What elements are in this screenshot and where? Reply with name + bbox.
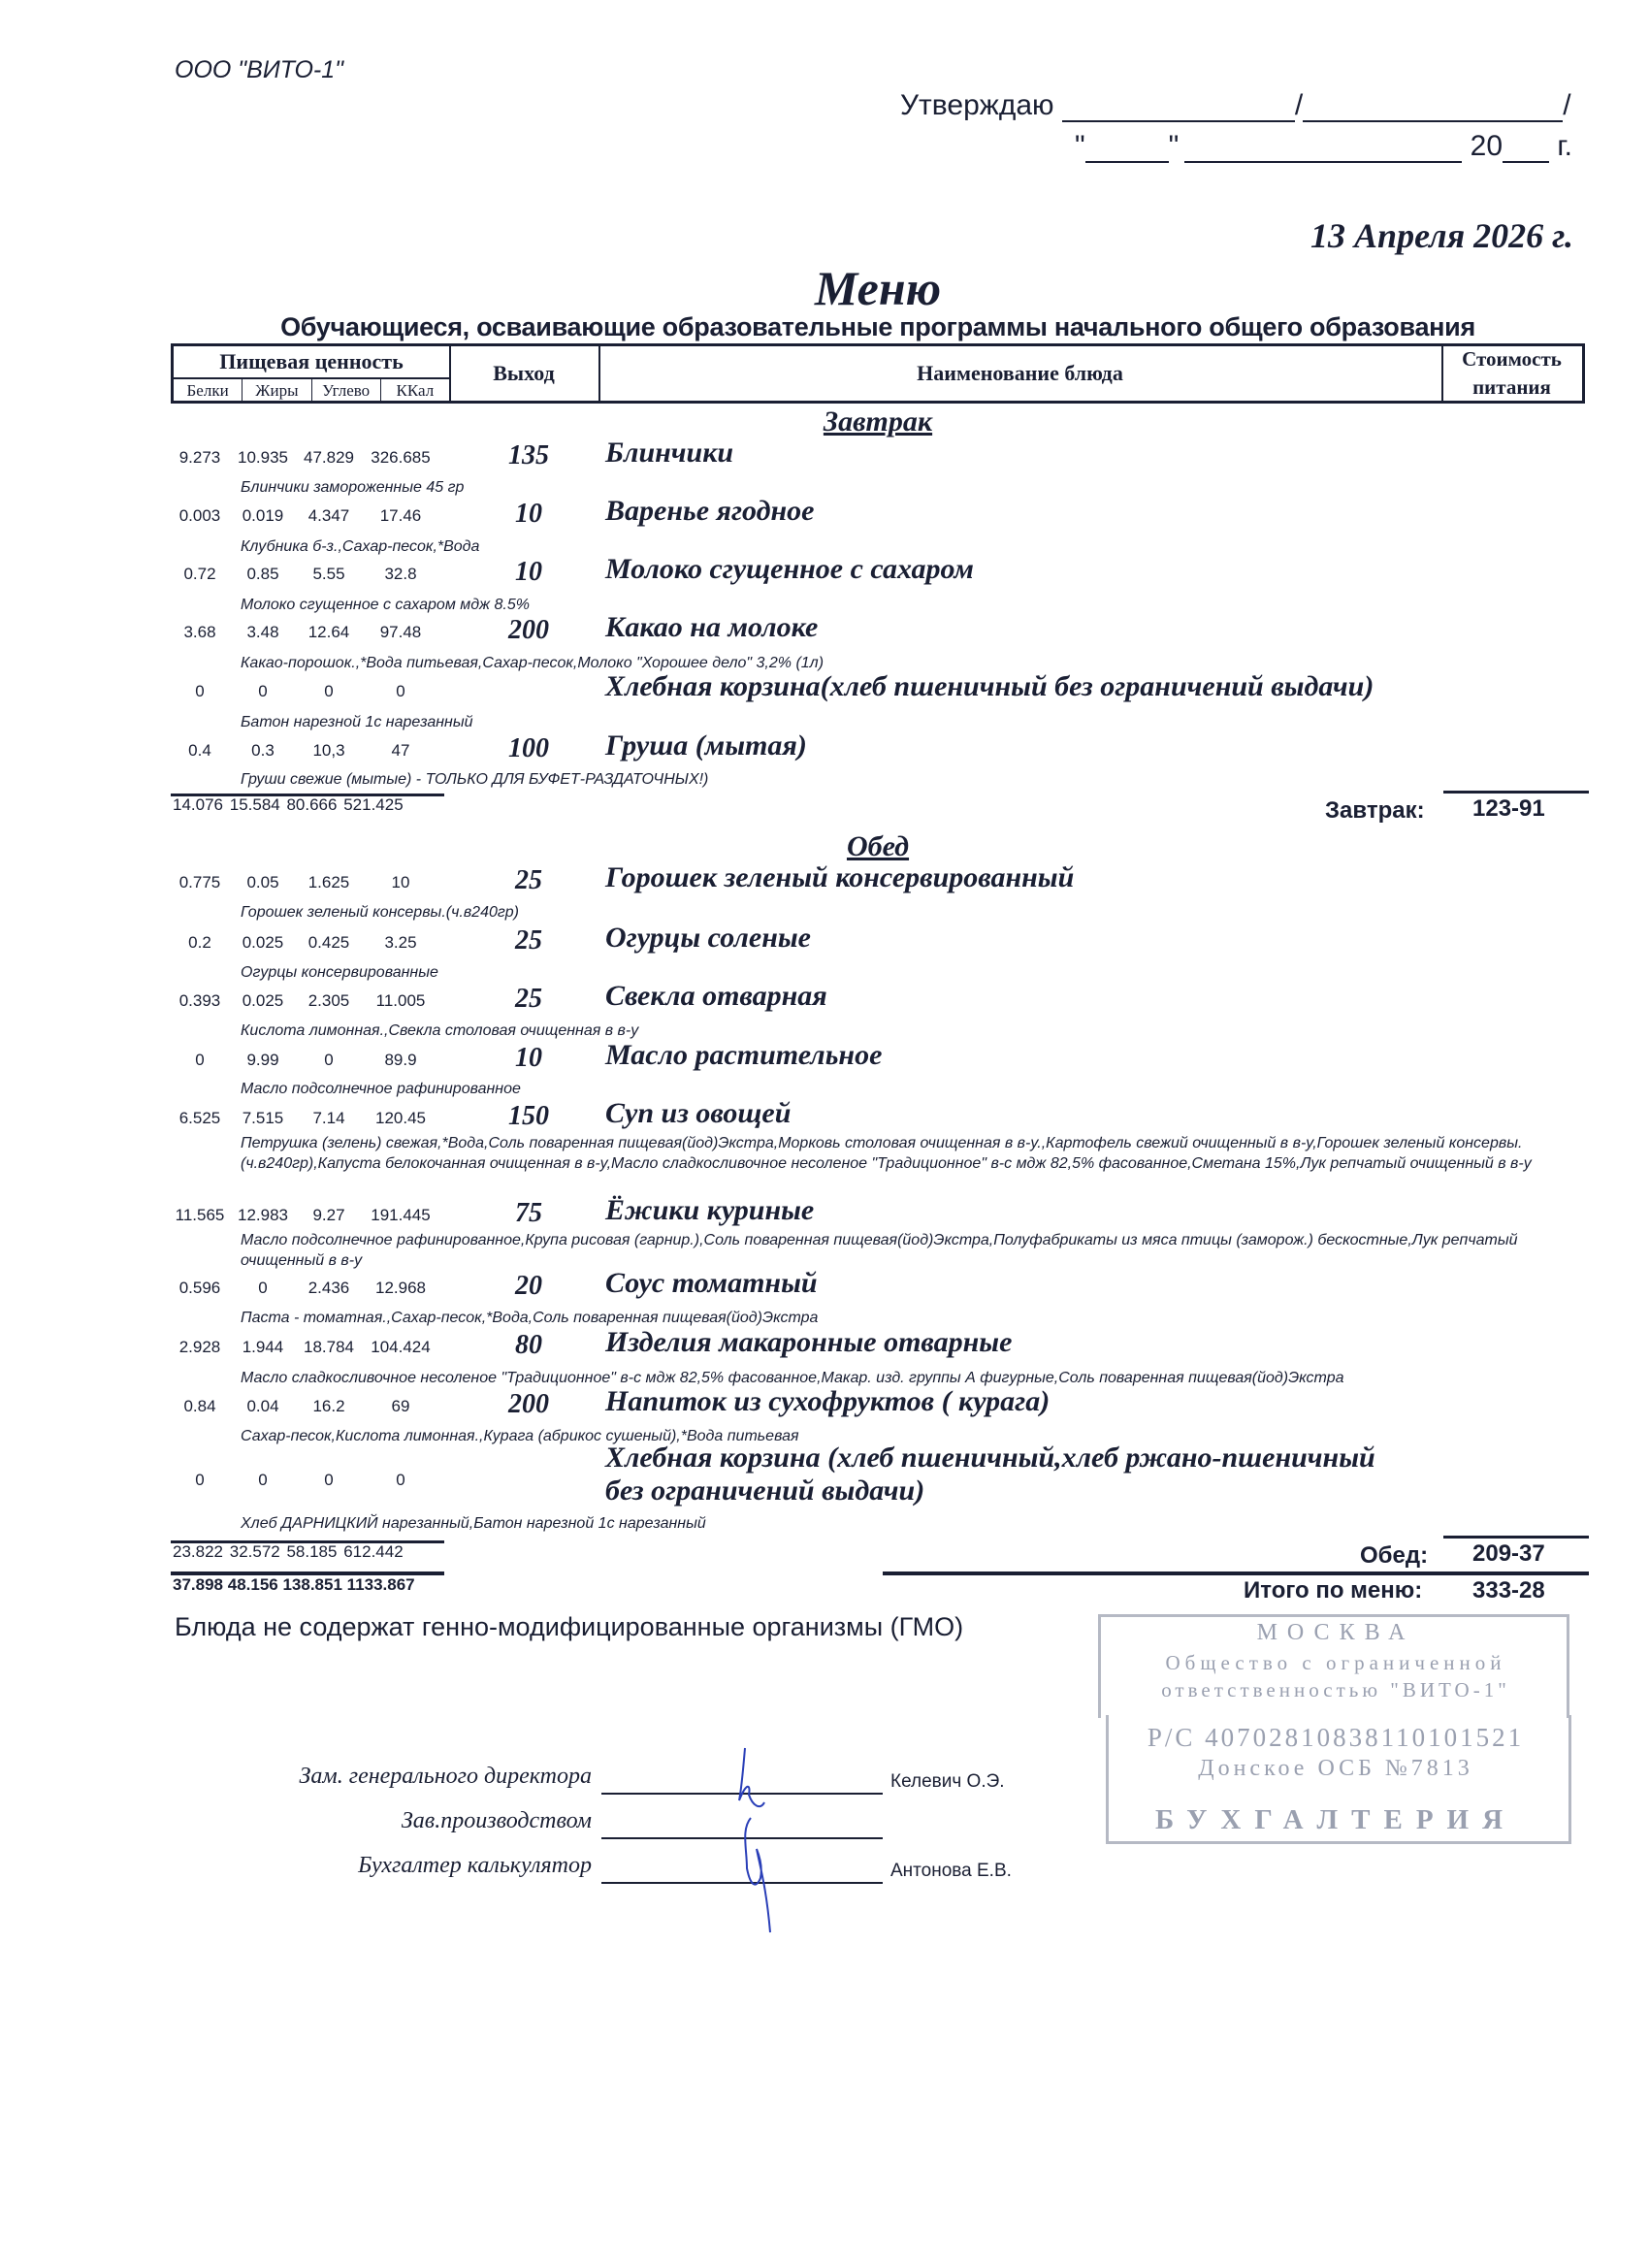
value-fat: 1.944 [229, 1338, 297, 1357]
dish-output: 10 [485, 1043, 572, 1074]
value-kcal: 17.46 [361, 506, 440, 526]
value-fat: 0.025 [229, 991, 297, 1011]
stamp-org-line1: Общество с ограниченной [1098, 1651, 1573, 1675]
signature-name-deputy-director: Келевич О.Э. [890, 1771, 1005, 1793]
handwritten-signature-icon [718, 1742, 834, 1936]
value-kcal: 12.968 [361, 1279, 440, 1298]
value-fat: 10.935 [229, 448, 297, 468]
dish-ingredients: Батон нарезной 1с нарезанный [241, 712, 1579, 732]
approval-year-field [1503, 136, 1549, 163]
value-fat: 0 [229, 1471, 297, 1490]
value-carbs: 9.27 [295, 1206, 363, 1225]
value-protein: 2.928 [171, 1338, 229, 1357]
approval-name-field [1303, 95, 1563, 122]
value-kcal: 326.685 [361, 448, 440, 468]
dish-name-text: Суп из овощей [605, 1097, 791, 1129]
approval-day-field [1085, 136, 1169, 163]
grand-total-fat: 48.156 [228, 1575, 278, 1594]
value-fat: 0 [229, 682, 297, 701]
value-fat: 7.515 [229, 1109, 297, 1128]
dish-name-text: Варенье ягодное [605, 495, 815, 527]
stamp-department: БУХГАЛТЕРИЯ [1098, 1804, 1573, 1836]
dish-name-text: Соус томатный [605, 1267, 818, 1299]
dish-ingredients: Огурцы консервированные [241, 962, 1579, 983]
value-carbs: 10,3 [295, 741, 363, 761]
dish-ingredients: Кислота лимонная.,Свекла столовая очищен… [241, 1021, 1579, 1041]
dish-output: 75 [485, 1198, 572, 1229]
value-protein: 0.393 [171, 991, 229, 1011]
dish-name: Изделия макаронные отварные [605, 1326, 1012, 1359]
lunch-totals: 23.822 32.572 58.185 612.442 [173, 1542, 404, 1562]
value-protein: 0.84 [171, 1397, 229, 1416]
value-carbs: 12.64 [295, 623, 363, 642]
approval-signature-field [1062, 95, 1295, 122]
breakfast-total-carbs: 80.666 [286, 795, 337, 814]
dish-ingredients: Петрушка (зелень) свежая,*Вода,Соль пова… [241, 1133, 1579, 1174]
carbs-header: Углево [312, 379, 381, 403]
dish-output: 25 [485, 865, 572, 896]
value-protein: 0 [171, 682, 229, 701]
value-kcal: 10 [361, 873, 440, 892]
breakfast-totals: 14.076 15.584 80.666 521.425 [173, 795, 404, 815]
dish-output: 10 [485, 499, 572, 530]
value-carbs: 0.425 [295, 933, 363, 953]
signature-role-deputy-director: Зам. генерального директора [300, 1764, 592, 1790]
value-fat: 3.48 [229, 623, 297, 642]
lunch-total-carbs: 58.185 [286, 1542, 337, 1561]
quote-close: " [1169, 130, 1180, 162]
dish-ingredients: Масло подсолнечное рафинированное,Крупа … [241, 1230, 1579, 1271]
lunch-total-kcal: 612.442 [343, 1542, 403, 1561]
dish-name-header: Наименование блюда [598, 346, 1443, 401]
value-kcal: 104.424 [361, 1338, 440, 1357]
value-fat: 0 [229, 1279, 297, 1298]
signature-name-accountant: Антонова Е.В. [890, 1861, 1012, 1882]
value-carbs: 18.784 [295, 1338, 363, 1357]
lunch-cost-label: Обед: [1360, 1542, 1428, 1570]
dish-name: Ёжики куриные [605, 1194, 814, 1227]
dish-ingredients: Молоко сгущенное с сахаром мдж 8.5% [241, 595, 1579, 615]
gmo-note: Блюда не содержат генно-модифицированные… [175, 1612, 963, 1642]
organization-name: ООО "ВИТО-1" [175, 56, 343, 84]
value-kcal: 120.45 [361, 1109, 440, 1128]
value-carbs: 0 [295, 1051, 363, 1070]
value-protein: 0 [171, 1471, 229, 1490]
dish-ingredients: Паста - томатная.,Сахар-песок,*Вода,Соль… [241, 1308, 1579, 1328]
dish-output: 10 [485, 557, 572, 588]
dish-output: 100 [485, 733, 572, 764]
quote-open: " [1075, 130, 1085, 162]
dish-name: Огурцы соленые [605, 922, 811, 955]
breakfast-cost: 123-91 [1472, 795, 1545, 823]
value-fat: 9.99 [229, 1051, 297, 1070]
dish-ingredients: Хлеб ДАРНИЦКИЙ нарезанный,Батон нарезной… [241, 1513, 1579, 1534]
dish-name: Блинчики [605, 437, 733, 470]
grand-total-label: Итого по меню: [1244, 1577, 1422, 1604]
output-header: Выход [449, 346, 600, 401]
dish-name-text: Груша (мытая) [605, 729, 807, 761]
value-fat: 0.3 [229, 741, 297, 761]
breakfast-cost-label: Завтрак: [1325, 797, 1425, 825]
value-carbs: 1.625 [295, 873, 363, 892]
dish-output: 200 [485, 615, 572, 646]
value-kcal: 69 [361, 1397, 440, 1416]
lunch-total-protein: 23.822 [173, 1542, 223, 1561]
dish-name-text: Молоко сгущенное с сахаром [605, 553, 974, 585]
nutrition-header: Пищевая ценность Белки Жиры Углево ККал [174, 346, 451, 401]
table-header: Пищевая ценность Белки Жиры Углево ККал … [171, 343, 1585, 404]
value-kcal: 0 [361, 682, 440, 701]
dish-output: 80 [485, 1330, 572, 1361]
grand-cost-divider [883, 1571, 1589, 1575]
dish-ingredients: Масло подсолнечное рафинированное [241, 1079, 1579, 1099]
dish-name-text: Огурцы соленые [605, 922, 811, 954]
grand-total-cost: 333-28 [1472, 1577, 1545, 1604]
breakfast-total-fat: 15.584 [230, 795, 280, 814]
approval-label: Утверждаю [900, 89, 1054, 121]
dish-name-text: Какао на молоке [605, 611, 818, 643]
dish-name-text: Напиток из сухофруктов ( курага) [605, 1385, 1050, 1417]
value-protein: 9.273 [171, 448, 229, 468]
value-protein: 0.775 [171, 873, 229, 892]
nutrition-label: Пищевая ценность [174, 346, 449, 379]
breakfast-cost-divider [1443, 791, 1589, 794]
approval-slash: / [1295, 89, 1303, 121]
dish-name: Масло растительное [605, 1039, 882, 1072]
value-kcal: 97.48 [361, 623, 440, 642]
dish-output: 135 [485, 440, 572, 471]
value-kcal: 3.25 [361, 933, 440, 953]
dish-name: Свекла отварная [605, 980, 827, 1013]
value-protein: 0.4 [171, 741, 229, 761]
signature-role-production-head: Зав.производством [402, 1808, 592, 1834]
dish-name: Груша (мытая) [605, 729, 807, 762]
approval-slash-end: / [1563, 89, 1570, 121]
value-kcal: 47 [361, 741, 440, 761]
dish-name: Какао на молоке [605, 611, 818, 644]
page-subtitle: Обучающиеся, осваивающие образовательные… [0, 312, 1649, 342]
cost-header: Стоимостьпитания [1441, 346, 1582, 401]
value-fat: 0.025 [229, 933, 297, 953]
breakfast-total-protein: 14.076 [173, 795, 223, 814]
dish-name-text-line2: без ограничений выдачи) [605, 1474, 924, 1507]
value-kcal: 32.8 [361, 565, 440, 584]
dish-name-text: Блинчики [605, 437, 733, 469]
value-carbs: 0 [295, 682, 363, 701]
dish-ingredients: Блинчики замороженные 45 гр [241, 477, 1579, 498]
value-carbs: 4.347 [295, 506, 363, 526]
value-fat: 12.983 [229, 1206, 297, 1225]
dish-output: 25 [485, 925, 572, 956]
grand-total-protein: 37.898 [173, 1575, 223, 1594]
value-fat: 0.85 [229, 565, 297, 584]
value-protein: 11.565 [171, 1206, 229, 1225]
dish-name: Соус томатный [605, 1267, 818, 1300]
value-protein: 0 [171, 1051, 229, 1070]
value-fat: 0.019 [229, 506, 297, 526]
lunch-cost: 209-37 [1472, 1540, 1545, 1568]
value-kcal: 0 [361, 1471, 440, 1490]
value-protein: 0.596 [171, 1279, 229, 1298]
dish-ingredients: Горошек зеленый консервы.(ч.в240гр) [241, 902, 1579, 923]
value-kcal: 89.9 [361, 1051, 440, 1070]
year-prefix: 20 [1471, 130, 1503, 162]
value-kcal: 11.005 [361, 991, 440, 1011]
section-lunch-title: Обед [0, 830, 1649, 863]
approval-line: Утверждаю // [900, 89, 1571, 122]
value-kcal: 191.445 [361, 1206, 440, 1225]
grand-total-kcal: 1133.867 [347, 1575, 415, 1594]
value-carbs: 5.55 [295, 565, 363, 584]
dish-name: Варенье ягодное [605, 495, 815, 528]
approval-date-line: "" 20 г. [1075, 130, 1572, 163]
fat-header: Жиры [242, 379, 311, 403]
value-carbs: 0 [295, 1471, 363, 1490]
value-carbs: 7.14 [295, 1109, 363, 1128]
accounting-stamp: МОСКВА Общество с ограниченной ответстве… [1098, 1614, 1573, 1847]
dish-name-text: Горошек зеленый консервированный [605, 861, 1074, 893]
stamp-city: МОСКВА [1098, 1620, 1573, 1646]
breakfast-total-kcal: 521.425 [343, 795, 403, 814]
protein-header: Белки [174, 379, 242, 403]
dish-name: Молоко сгущенное с сахаром [605, 553, 974, 586]
dish-name-text: Изделия макаронные отварные [605, 1326, 1012, 1358]
value-protein: 0.72 [171, 565, 229, 584]
year-suffix: г. [1557, 130, 1572, 162]
value-protein: 0.2 [171, 933, 229, 953]
dish-output: 200 [485, 1389, 572, 1420]
grand-totals: 37.898 48.156 138.851 1133.867 [173, 1575, 415, 1595]
cost-header-line1: Стоимость [1462, 347, 1562, 371]
dish-name-text: Ёжики куриные [605, 1194, 814, 1226]
stamp-bank: Донское ОСБ №7813 [1098, 1756, 1573, 1782]
dish-name-text: Хлебная корзина(хлеб пшеничный без огран… [605, 670, 1374, 702]
value-carbs: 47.829 [295, 448, 363, 468]
section-breakfast-title: Завтрак [0, 405, 1649, 438]
dish-ingredients: Груши свежие (мытые) - ТОЛЬКО ДЛЯ БУФЕТ-… [241, 769, 1579, 790]
dish-name-text: Свекла отварная [605, 980, 827, 1012]
value-carbs: 2.305 [295, 991, 363, 1011]
value-protein: 6.525 [171, 1109, 229, 1128]
dish-output: 150 [485, 1101, 572, 1132]
grand-total-carbs: 138.851 [282, 1575, 341, 1594]
approval-month-field [1184, 136, 1462, 163]
dish-name: Хлебная корзина(хлеб пшеничный без огран… [605, 670, 1374, 703]
stamp-account: Р/С 40702810838110101521 [1098, 1723, 1573, 1753]
dish-name: Напиток из сухофруктов ( курага) [605, 1385, 1050, 1418]
lunch-total-fat: 32.572 [230, 1542, 280, 1561]
dish-output: 20 [485, 1271, 572, 1302]
lunch-cost-divider [1443, 1536, 1589, 1539]
stamp-org-line2: ответственностью "ВИТО-1" [1098, 1678, 1573, 1702]
dish-name: Суп из овощей [605, 1097, 791, 1130]
menu-date: 13 Апреля 2026 г. [1310, 215, 1573, 256]
value-fat: 0.05 [229, 873, 297, 892]
signature-role-accountant: Бухгалтер калькулятор [358, 1853, 592, 1879]
dish-name-text: Масло растительное [605, 1039, 882, 1071]
page-title: Меню [0, 260, 1649, 316]
value-protein: 3.68 [171, 623, 229, 642]
dish-name: Хлебная корзина (хлеб пшеничный,хлеб ржа… [605, 1442, 1375, 1507]
dish-name: Горошек зеленый консервированный [605, 861, 1074, 894]
value-carbs: 16.2 [295, 1397, 363, 1416]
kcal-header: ККал [381, 379, 449, 403]
dish-name-text: Хлебная корзина (хлеб пшеничный,хлеб ржа… [605, 1442, 1375, 1474]
dish-output: 25 [485, 984, 572, 1015]
cost-header-line2: питания [1472, 375, 1551, 399]
value-carbs: 2.436 [295, 1279, 363, 1298]
value-protein: 0.003 [171, 506, 229, 526]
value-fat: 0.04 [229, 1397, 297, 1416]
